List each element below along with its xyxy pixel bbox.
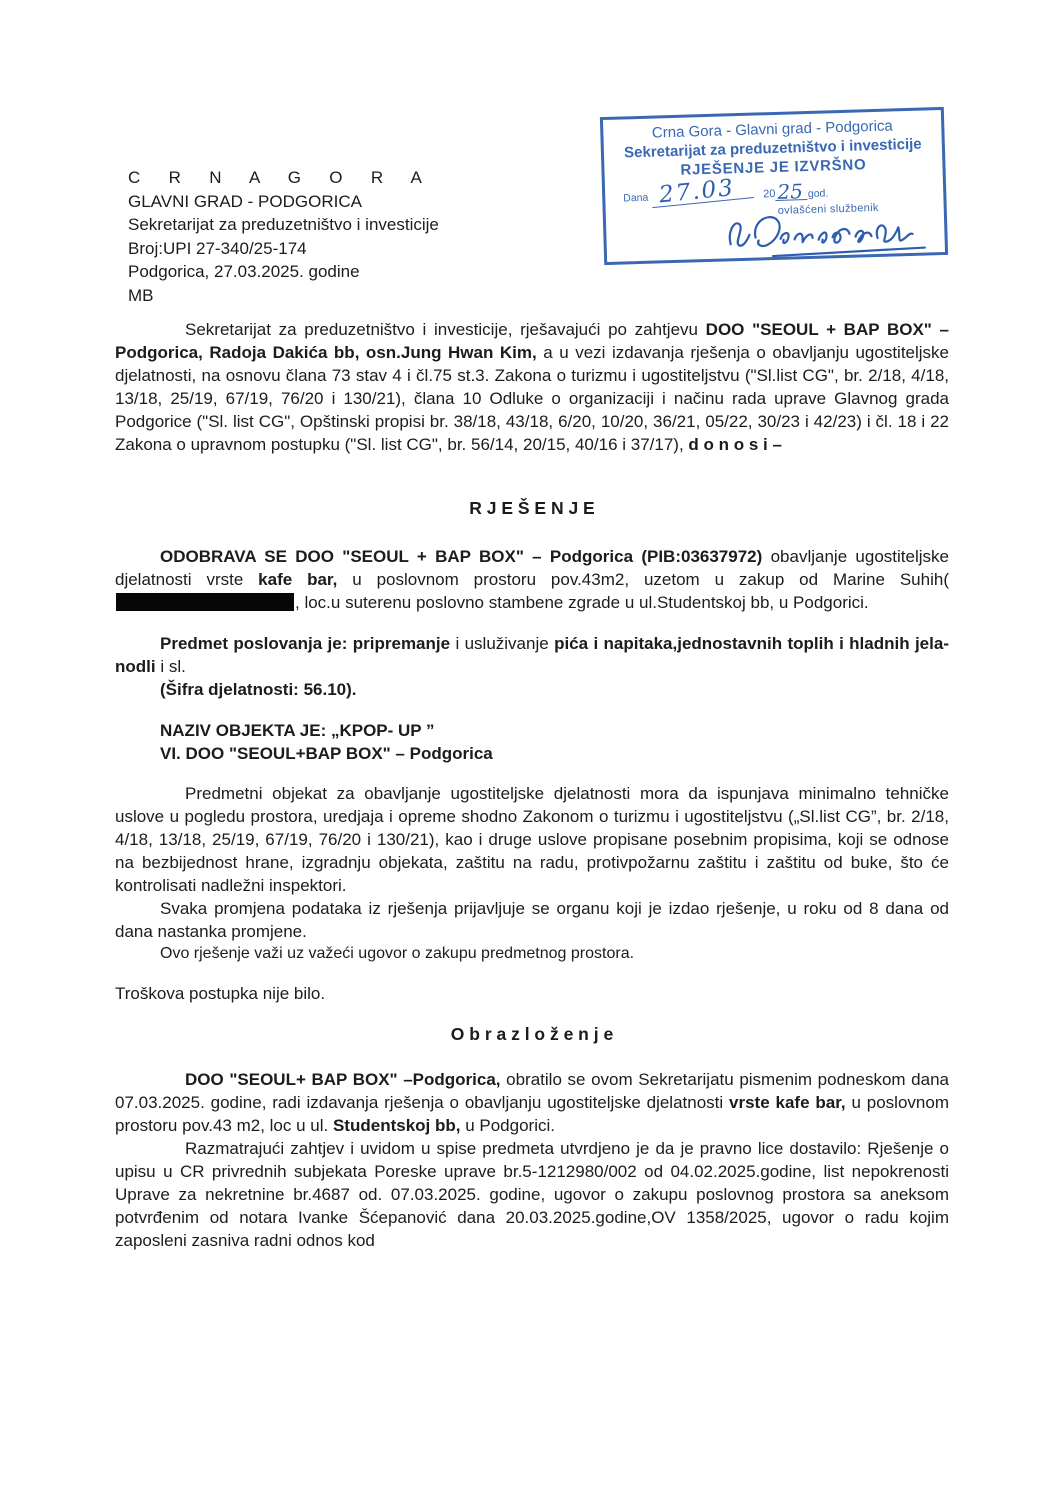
letterhead-place-date: Podgorica, 27.03.2025. godine: [128, 260, 439, 284]
text-run: Sekretarijat za preduzetništvo i investi…: [185, 320, 706, 339]
text-run-bold: DOO "SEOUL+ BAP BOX" –Podgorica,: [185, 1070, 501, 1089]
text-run: u Podgorici.: [460, 1116, 555, 1135]
text-run-bold: (Šifra djelatnosti: 56.10).: [160, 680, 357, 699]
stamp-year-suffix: god.: [808, 187, 829, 200]
stamp-handwritten-date: 27.03: [650, 177, 753, 208]
explanation-paragraph-2: Razmatrajući zahtjev i uvidom u spise pr…: [115, 1137, 949, 1252]
intro-paragraph: Sekretarijat za preduzetništvo i investi…: [115, 318, 949, 456]
executive-stamp: Crna Gora - Glavni grad - Podgorica Sekr…: [600, 107, 948, 265]
explanation-paragraph-1: DOO "SEOUL+ BAP BOX" –Podgorica, obratil…: [115, 1068, 949, 1137]
activity-code-line: (Šifra djelatnosti: 56.10).: [115, 678, 949, 701]
text-run: uzetom u zakup od: [644, 570, 818, 589]
letterhead-country: C R N A G O R A: [128, 166, 439, 190]
redaction-box: [116, 593, 294, 611]
letterhead: C R N A G O R A GLAVNI GRAD - PODGORICA …: [128, 166, 439, 307]
letterhead-initials: MB: [128, 284, 439, 308]
text-run-bold: Predmet poslovanja je: pripremanje: [160, 634, 450, 653]
text-run: , loc.u suterenu poslovno stambene zgrad…: [295, 593, 869, 612]
approval-paragraph: ODOBRAVA SE DOO "SEOUL + BAP BOX" – Podg…: [115, 545, 949, 614]
scanned-decision-document: C R N A G O R A GLAVNI GRAD - PODGORICA …: [0, 0, 1058, 1497]
object-name-line: NAZIV OBJEKTA JE: „KPOP- UP ”: [115, 719, 949, 742]
costs-line: Troškova postupka nije bilo.: [115, 982, 949, 1005]
letterhead-department: Sekretarijat za preduzetništvo i investi…: [128, 213, 439, 237]
text-run-bold: vrste kafe bar,: [729, 1093, 846, 1112]
validity-paragraph: Ovo rješenje važi uz važeći ugovor o zak…: [115, 943, 949, 965]
text-run-bold: ODOBRAVA SE DOO "SEOUL + BAP BOX" – Podg…: [160, 547, 762, 566]
heading-obrazlozenje: O b r a z l o ž e n j e: [115, 1022, 949, 1046]
stamp-handwritten-year: 25: [775, 184, 807, 201]
text-run-bold: d o n o s i –: [688, 435, 782, 454]
signature-icon: [720, 204, 935, 262]
change-notice-paragraph: Svaka promjena podataka iz rješenja prij…: [115, 897, 949, 943]
conditions-paragraph: Predmetni objekat za obavljanje ugostite…: [115, 782, 949, 897]
heading-rjesenje: R J E Š E N J E: [115, 496, 949, 520]
text-run: i usluživanje: [450, 634, 554, 653]
stamp-year-prefix: 20: [763, 188, 776, 201]
business-subject-paragraph: Predmet poslovanja je: pripremanje i usl…: [115, 632, 949, 678]
stamp-date-label: Dana: [623, 192, 648, 206]
document-body: Sekretarijat za preduzetništvo i investi…: [115, 318, 949, 1252]
letterhead-case-number: Broj:UPI 27-340/25-174: [128, 237, 439, 261]
letterhead-city: GLAVNI GRAD - PODGORICA: [128, 190, 439, 214]
text-run-bold: NAZIV OBJEKTA JE: „KPOP- UP ”: [160, 721, 435, 740]
text-run-bold: VI. DOO "SEOUL+BAP BOX" – Podgorica: [160, 744, 493, 763]
owner-line: VI. DOO "SEOUL+BAP BOX" – Podgorica: [115, 742, 949, 765]
text-run: Marine Suhih(: [818, 570, 949, 589]
text-run: u poslovnom prostoru pov.43m2,: [337, 570, 644, 589]
text-run-bold: Studentskoj bb,: [333, 1116, 461, 1135]
text-run: i sl.: [156, 657, 186, 676]
text-run-bold: kafe bar,: [258, 570, 337, 589]
